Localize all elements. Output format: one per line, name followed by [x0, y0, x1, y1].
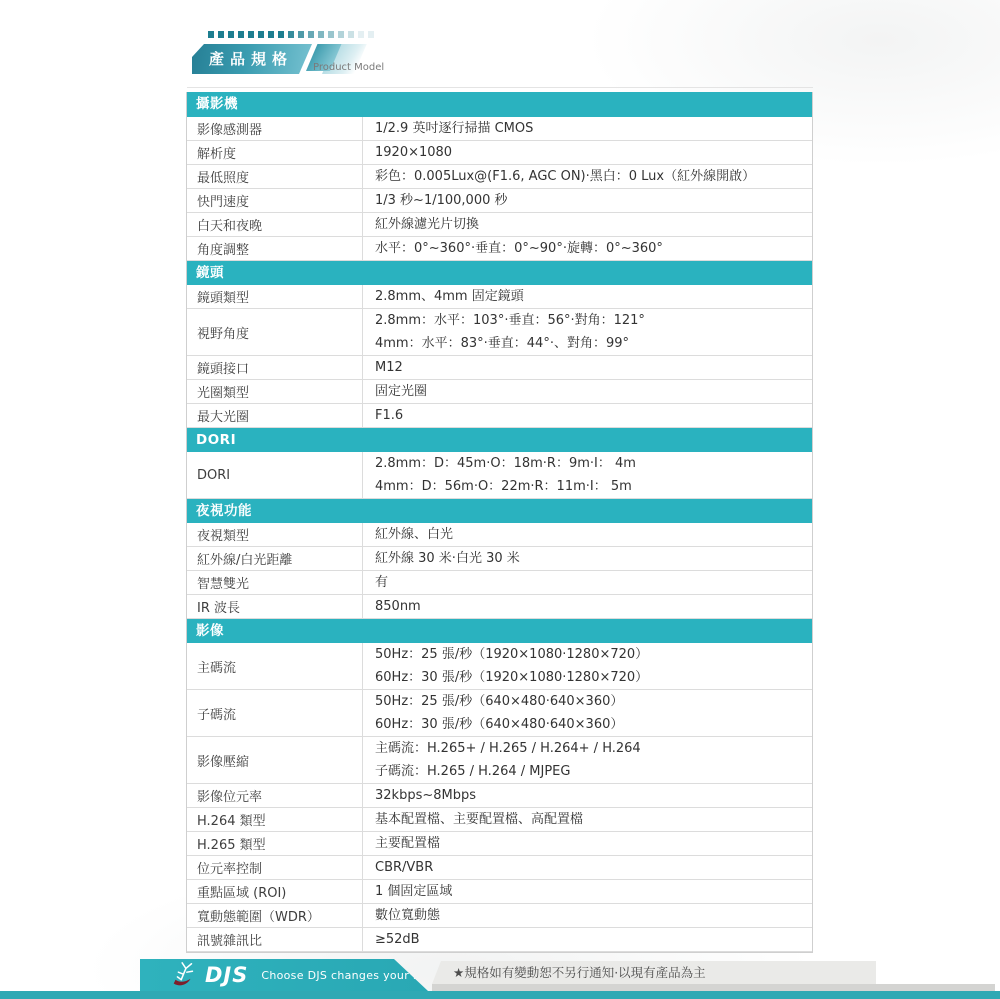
section-header: 夜視功能 [187, 499, 812, 523]
spec-value-line: 60Hz：30 張/秒（1920×1080·1280×720） [375, 666, 812, 689]
spec-value-line: 50Hz：25 張/秒（1920×1080·1280×720） [375, 643, 812, 666]
spec-value-line: ≥52dB [375, 928, 812, 951]
dot-decoration [308, 31, 314, 38]
footer-teal-strip [0, 991, 1000, 999]
spec-value: 紅外線濾光片切換 [363, 213, 812, 236]
spec-row: 子碼流50Hz：25 張/秒（640×480·640×360）60Hz：30 張… [187, 690, 812, 737]
footer-logo-text: DJS [205, 963, 248, 987]
spec-value: CBR/VBR [363, 856, 812, 879]
spec-value: 彩色：0.005Lux@(F1.6, AGC ON)·黑白：0 Lux（紅外線開… [363, 165, 812, 188]
spec-row: 訊號雜訊比≥52dB [187, 928, 812, 952]
spec-label: 重點區域 (ROI) [187, 880, 363, 903]
spec-value-line: 紅外線、白光 [375, 523, 812, 546]
spec-label: 影像感測器 [187, 117, 363, 140]
section-header: 攝影機 [187, 92, 812, 117]
dot-decoration [258, 31, 264, 38]
footer-gray-strip [432, 984, 995, 991]
spec-label: 快門速度 [187, 189, 363, 212]
spec-value: 1/3 秒~1/100,000 秒 [363, 189, 812, 212]
spec-row: 角度調整水平：0°~360°·垂直：0°~90°·旋轉：0°~360° [187, 237, 812, 261]
footer-note-band: ★規格如有變動恕不另行通知·以現有產品為主 [432, 961, 876, 984]
spec-label: 最大光圈 [187, 404, 363, 427]
spec-label: DORI [187, 452, 363, 498]
spec-value-line: M12 [375, 356, 812, 379]
spec-value: 數位寬動態 [363, 904, 812, 927]
dot-decoration [278, 31, 284, 38]
footer-note: ★規格如有變動恕不另行通知·以現有產品為主 [453, 965, 706, 980]
spec-value: 紅外線 30 米·白光 30 米 [363, 547, 812, 570]
spec-row: 影像位元率32kbps~8Mbps [187, 784, 812, 808]
spec-row: 鏡頭類型2.8mm、4mm 固定鏡頭 [187, 285, 812, 309]
spec-value: 2.8mm：D：45m·O：18m·R：9m·I： 4m4mm：D：56m·O：… [363, 452, 812, 498]
dot-decoration [338, 31, 344, 38]
spec-value-line: 32kbps~8Mbps [375, 784, 812, 807]
spec-value-line: 2.8mm：D：45m·O：18m·R：9m·I： 4m [375, 452, 812, 475]
footer-tagline: Choose DJS changes your Life [261, 969, 433, 982]
spec-row: 最低照度彩色：0.005Lux@(F1.6, AGC ON)·黑白：0 Lux（… [187, 165, 812, 189]
spec-value-line: 1920×1080 [375, 141, 812, 164]
spec-value: 紅外線、白光 [363, 523, 812, 546]
spec-row: 鏡頭接口M12 [187, 356, 812, 380]
spec-label: 白天和夜晚 [187, 213, 363, 236]
dot-decoration [248, 31, 254, 38]
dot-decoration [318, 31, 324, 38]
spec-label: 視野角度 [187, 309, 363, 355]
spec-label: 主碼流 [187, 643, 363, 689]
spec-row: 紅外線/白光距離紅外線 30 米·白光 30 米 [187, 547, 812, 571]
spec-label: 影像壓縮 [187, 737, 363, 783]
spec-value-line: 有 [375, 571, 812, 594]
spec-value-line: 主要配置檔 [375, 832, 812, 855]
spec-label: IR 波長 [187, 595, 363, 618]
spec-row: 白天和夜晚紅外線濾光片切換 [187, 213, 812, 237]
spec-value-line: 數位寬動態 [375, 904, 812, 927]
dot-decoration [208, 31, 214, 38]
spec-value: F1.6 [363, 404, 812, 427]
dot-decoration [368, 31, 374, 38]
spec-row: 重點區域 (ROI)1 個固定區域 [187, 880, 812, 904]
dot-decoration [288, 31, 294, 38]
dot-decoration [238, 31, 244, 38]
spec-value: ≥52dB [363, 928, 812, 951]
spec-value: 850nm [363, 595, 812, 618]
spec-value-line: 1 個固定區域 [375, 880, 812, 903]
spec-row: 影像壓縮主碼流：H.265+ / H.265 / H.264+ / H.264子… [187, 737, 812, 784]
spec-row: 智慧雙光有 [187, 571, 812, 595]
spec-value-line: 2.8mm：水平：103°·垂直：56°·對角：121° [375, 309, 812, 332]
spec-label: 夜視類型 [187, 523, 363, 546]
spec-value: 主要配置檔 [363, 832, 812, 855]
spec-value: 基本配置檔、主要配置檔、高配置檔 [363, 808, 812, 831]
spec-row: 快門速度1/3 秒~1/100,000 秒 [187, 189, 812, 213]
spec-label: 光圈類型 [187, 380, 363, 403]
spec-label: 影像位元率 [187, 784, 363, 807]
spec-label: 最低照度 [187, 165, 363, 188]
spec-value-line: 子碼流：H.265 / H.264 / MJPEG [375, 760, 812, 783]
spec-label: 解析度 [187, 141, 363, 164]
spec-value: M12 [363, 356, 812, 379]
spec-value-line: 850nm [375, 595, 812, 618]
spec-value: 固定光圈 [363, 380, 812, 403]
spec-label: 鏡頭類型 [187, 285, 363, 308]
djs-logo-icon [167, 960, 201, 990]
spec-value-line: F1.6 [375, 404, 812, 427]
spec-row: 夜視類型紅外線、白光 [187, 523, 812, 547]
spec-row: 解析度1920×1080 [187, 141, 812, 165]
spec-row: 光圈類型固定光圈 [187, 380, 812, 404]
spec-value-line: 紅外線 30 米·白光 30 米 [375, 547, 812, 570]
spec-value-line: 60Hz：30 張/秒（640×480·640×360） [375, 713, 812, 736]
spec-row: 視野角度2.8mm：水平：103°·垂直：56°·對角：121°4mm：水平：8… [187, 309, 812, 356]
spec-row: 最大光圈F1.6 [187, 404, 812, 428]
spec-value: 2.8mm：水平：103°·垂直：56°·對角：121°4mm：水平：83°·垂… [363, 309, 812, 355]
section-header: 影像 [187, 619, 812, 643]
spec-value: 水平：0°~360°·垂直：0°~90°·旋轉：0°~360° [363, 237, 812, 260]
title-badge: 產品規格 [192, 44, 312, 74]
spec-row: 寬動態範圍（WDR）數位寬動態 [187, 904, 812, 928]
spec-label: 寬動態範圍（WDR） [187, 904, 363, 927]
spec-value-line: 50Hz：25 張/秒（640×480·640×360） [375, 690, 812, 713]
spec-value-line: 2.8mm、4mm 固定鏡頭 [375, 285, 812, 308]
spec-row: H.265 類型主要配置檔 [187, 832, 812, 856]
spec-value: 32kbps~8Mbps [363, 784, 812, 807]
dot-decoration [268, 31, 274, 38]
spec-row: 位元率控制CBR/VBR [187, 856, 812, 880]
spec-value-line: 1/2.9 英吋逐行掃描 CMOS [375, 117, 812, 140]
spec-value-line: 紅外線濾光片切換 [375, 213, 812, 236]
spec-label: H.265 類型 [187, 832, 363, 855]
dot-decoration [358, 31, 364, 38]
spec-value: 50Hz：25 張/秒（1920×1080·1280×720）60Hz：30 張… [363, 643, 812, 689]
dots-decoration [208, 31, 374, 39]
spec-label: 紅外線/白光距離 [187, 547, 363, 570]
page: 產品規格 Product Model 攝影機影像感測器1/2.9 英吋逐行掃描 … [0, 0, 1000, 999]
spec-row: 主碼流50Hz：25 張/秒（1920×1080·1280×720）60Hz：3… [187, 643, 812, 690]
page-subtitle: Product Model [313, 62, 384, 73]
spec-value: 2.8mm、4mm 固定鏡頭 [363, 285, 812, 308]
spec-label: H.264 類型 [187, 808, 363, 831]
spec-value: 50Hz：25 張/秒（640×480·640×360）60Hz：30 張/秒（… [363, 690, 812, 736]
spec-value: 有 [363, 571, 812, 594]
spec-value: 1/2.9 英吋逐行掃描 CMOS [363, 117, 812, 140]
spec-label: 智慧雙光 [187, 571, 363, 594]
spec-label: 角度調整 [187, 237, 363, 260]
spec-table: 攝影機影像感測器1/2.9 英吋逐行掃描 CMOS解析度1920×1080最低照… [186, 92, 813, 953]
divider-line [187, 87, 813, 88]
dot-decoration [328, 31, 334, 38]
dot-decoration [228, 31, 234, 38]
spec-value-line: 4mm：水平：83°·垂直：44°·、對角：99° [375, 332, 812, 355]
page-title: 產品規格 [209, 50, 293, 68]
footer-logo-band: DJS Choose DJS changes your Life [140, 959, 428, 991]
dot-decoration [218, 31, 224, 38]
spec-value-line: 基本配置檔、主要配置檔、高配置檔 [375, 808, 812, 831]
spec-label: 鏡頭接口 [187, 356, 363, 379]
spec-value-line: CBR/VBR [375, 856, 812, 879]
spec-label: 訊號雜訊比 [187, 928, 363, 951]
spec-value-line: 彩色：0.005Lux@(F1.6, AGC ON)·黑白：0 Lux（紅外線開… [375, 165, 812, 188]
spec-row: DORI2.8mm：D：45m·O：18m·R：9m·I： 4m4mm：D：56… [187, 452, 812, 499]
spec-value: 1920×1080 [363, 141, 812, 164]
spec-value: 主碼流：H.265+ / H.265 / H.264+ / H.264子碼流：H… [363, 737, 812, 783]
spec-row: IR 波長850nm [187, 595, 812, 619]
spec-value-line: 固定光圈 [375, 380, 812, 403]
dot-decoration [298, 31, 304, 38]
spec-row: H.264 類型基本配置檔、主要配置檔、高配置檔 [187, 808, 812, 832]
section-header: 鏡頭 [187, 261, 812, 285]
section-header: DORI [187, 428, 812, 452]
spec-value-line: 主碼流：H.265+ / H.265 / H.264+ / H.264 [375, 737, 812, 760]
spec-value-line: 1/3 秒~1/100,000 秒 [375, 189, 812, 212]
spec-value: 1 個固定區域 [363, 880, 812, 903]
spec-row: 影像感測器1/2.9 英吋逐行掃描 CMOS [187, 117, 812, 141]
spec-label: 子碼流 [187, 690, 363, 736]
spec-value-line: 水平：0°~360°·垂直：0°~90°·旋轉：0°~360° [375, 237, 812, 260]
dot-decoration [348, 31, 354, 38]
spec-value-line: 4mm：D：56m·O：22m·R：11m·I： 5m [375, 475, 812, 498]
spec-label: 位元率控制 [187, 856, 363, 879]
